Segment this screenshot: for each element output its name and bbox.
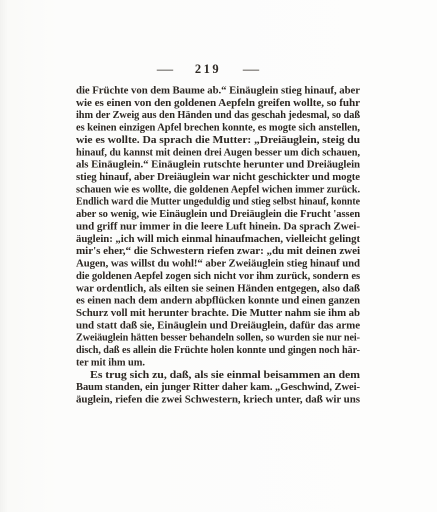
text-line: Baum standen, ein junger Ritter daher ka… xyxy=(76,382,361,393)
text-line: Augen, was willst du wohl!“ aber Zweiäug… xyxy=(76,259,360,270)
text-line: hinauf, du kannst mit deinen drei Augen … xyxy=(76,147,360,158)
text-line: Endlich ward die Mutter ungeduldig und s… xyxy=(76,197,360,208)
text-line: und griff nur immer in die leere Luft hi… xyxy=(76,221,361,232)
text-line: schauen wie es wollte, die goldenen Aepf… xyxy=(76,184,360,195)
text-line: Zweiäuglein hätten besser behandeln soll… xyxy=(76,333,361,344)
text-line: aber so wenig, wie Einäuglein und Dreiäu… xyxy=(76,209,360,220)
text-line: mir's eher,“ die Schwestern riefen zwar:… xyxy=(76,246,360,257)
body-text-block: die Früchte von dem Baume ab.“ Einäuglei… xyxy=(0,0,437,512)
text-line: war ordentlich, als eilten sie seinen Hä… xyxy=(76,283,360,294)
text-line: die goldenen Aepfel zogen sich nicht vor… xyxy=(76,271,360,282)
book-page: — 219 — die Früchte von dem Baume ab.“ E… xyxy=(0,0,437,512)
text-line: es keinen einzigen Apfel brechen konnte,… xyxy=(76,123,360,134)
text-line: als Einäuglein.“ Einäuglein rutschte her… xyxy=(76,160,360,171)
text-line: ter mit ihm um. xyxy=(76,357,145,368)
text-line: und statt daß sie, Einäuglein und Dreiäu… xyxy=(76,320,360,331)
text-line: ihm der Zweig aus den Händen und das ges… xyxy=(76,110,360,121)
text-line: wie es einen von den goldenen Aepfeln gr… xyxy=(76,98,360,109)
text-line: Es trug sich zu, daß, als sie einmal bei… xyxy=(90,370,360,381)
text-line: Schurz voll mit herunter brachte. Die Mu… xyxy=(76,308,360,319)
text-line: stieg hinauf, aber Dreiäuglein war nicht… xyxy=(76,172,360,183)
text-line: äuglein: „ich will mich einmal hinaufmac… xyxy=(76,234,361,245)
text-line: äuglein, riefen die zwei Schwestern, kri… xyxy=(76,395,360,406)
text-line: es einen nach dem andern abpflücken konn… xyxy=(76,296,360,307)
text-line: disch, daß es allein die Früchte holen k… xyxy=(76,345,361,356)
text-line: die Früchte von dem Baume ab.“ Einäuglei… xyxy=(76,86,360,97)
text-line: wie es wollte. Da sprach die Mutter: „Dr… xyxy=(76,135,360,146)
